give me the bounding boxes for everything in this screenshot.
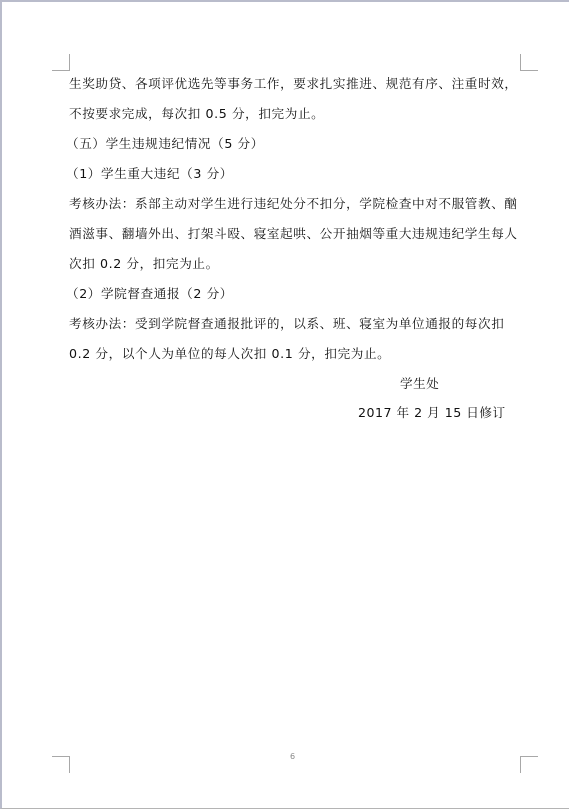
corner-mark-bottom-right xyxy=(520,756,538,773)
corner-mark-top-left xyxy=(52,54,70,71)
subsection-heading: （2）学院督查通报（2 分） xyxy=(66,286,233,302)
paragraph-line: 次扣 0.2 分，扣完为止。 xyxy=(69,256,219,272)
paragraph-line: 酒滋事、翻墙外出、打架斗殴、寝室起哄、公开抽烟等重大违规违纪学生每人 xyxy=(69,226,518,242)
signature-date: 2017 年 2 月 15 日修订 xyxy=(358,405,506,421)
corner-mark-bottom-left xyxy=(52,756,70,773)
paragraph-line: 0.2 分，以个人为单位的每人次扣 0.1 分，扣完为止。 xyxy=(69,346,390,362)
subsection-heading: （1）学生重大违纪（3 分） xyxy=(66,166,233,182)
paragraph-line: 考核办法：受到学院督查通报批评的，以系、班、寝室为单位通报的每次扣 xyxy=(69,316,504,332)
corner-mark-top-right xyxy=(520,54,538,71)
page-number: 6 xyxy=(290,752,295,761)
document-page: 生奖助贷、各项评优选先等事务工作，要求扎实推进、规范有序、注重时效， 不按要求完… xyxy=(0,0,569,809)
paragraph-line: 生奖助贷、各项评优选先等事务工作，要求扎实推进、规范有序、注重时效， xyxy=(69,76,518,92)
section-heading: （五）学生违规违纪情况（5 分） xyxy=(66,136,264,152)
signature-department: 学生处 xyxy=(400,376,439,392)
paragraph-line: 考核办法：系部主动对学生进行违纪处分不扣分，学院检查中对不服管教、酗 xyxy=(69,196,518,212)
paragraph-line: 不按要求完成，每次扣 0.5 分，扣完为止。 xyxy=(69,106,324,122)
